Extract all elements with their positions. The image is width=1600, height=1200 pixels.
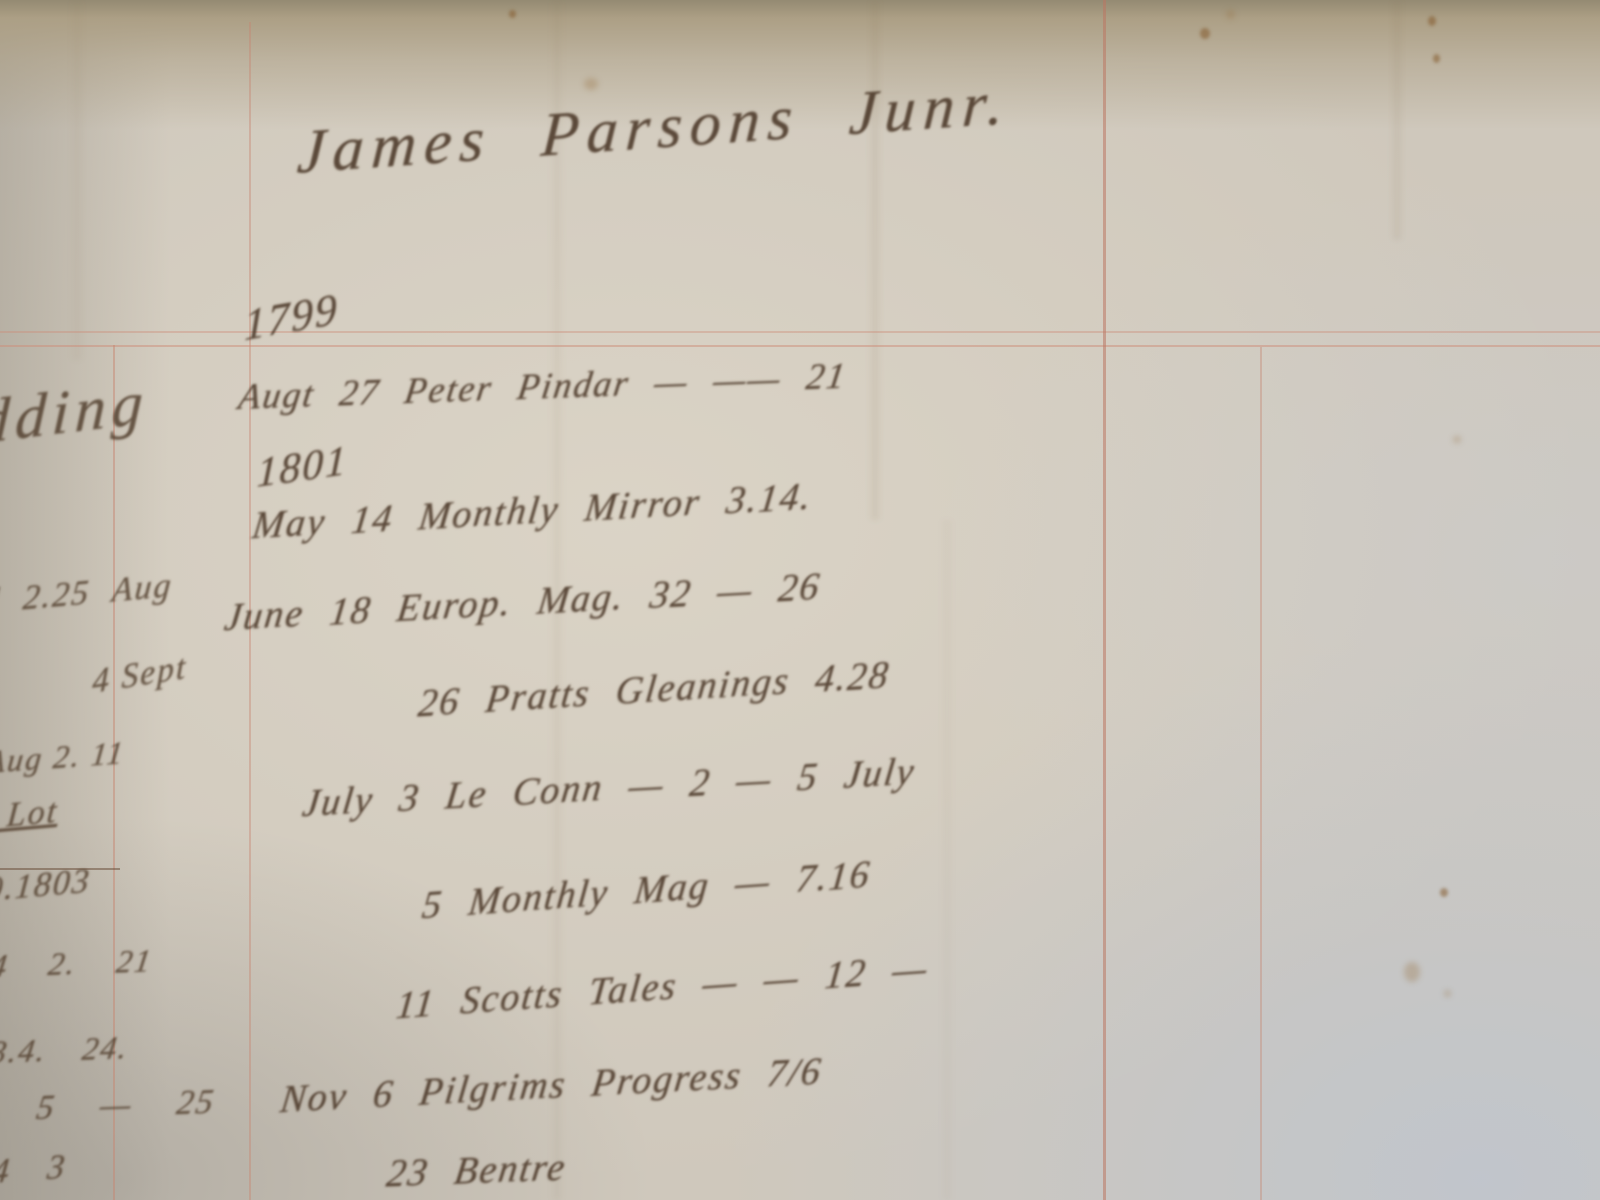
- foxing-spot: [1404, 962, 1420, 982]
- ledger-entry: 23 Bentre: [384, 1145, 569, 1196]
- paper-crease: [940, 520, 954, 1200]
- horizontal-rule-bottom: [0, 345, 1600, 347]
- ledger-photo: James Parsons Junr. 1799 1801 Augt 27 Pe…: [0, 0, 1600, 1200]
- ledger-entry: 26 Pratts Gleanings 4.28: [416, 653, 892, 726]
- left-page-fragment: 4 3: [0, 1148, 68, 1192]
- right-column-rule: [1260, 347, 1262, 1200]
- foxing-spot: [1428, 16, 1436, 26]
- left-margin-rule: [113, 345, 115, 1200]
- foxing-spot: [1200, 28, 1210, 39]
- ledger-entry: June 18 Europ. Mag. 32 — 26: [222, 564, 823, 640]
- left-page-fragment: 4 2. 21: [0, 942, 155, 985]
- horizontal-rule-top: [0, 331, 1600, 333]
- left-page-fragment: Redding: [0, 367, 151, 469]
- foxing-spot: [1444, 990, 1451, 997]
- left-page-fragment: d Lot: [0, 793, 60, 838]
- foxing-spot: [509, 10, 516, 18]
- left-page-fragment: 3.4. 24.: [0, 1029, 131, 1071]
- foxing-spot: [1226, 10, 1235, 19]
- ledger-entry: July 3 Le Conn — 2 — 5 July: [300, 750, 918, 826]
- foxing-spot: [584, 78, 598, 90]
- ledger-entry: 5 Monthly Mag — 7.16: [420, 852, 873, 928]
- foxing-spot: [1433, 54, 1440, 63]
- amount-column-rule: [1103, 0, 1106, 1200]
- foxing-spot: [1453, 436, 1461, 443]
- left-page-fragment: Aug 2. 11: [0, 734, 127, 781]
- year-label-1799: 1799: [244, 283, 339, 351]
- year-label-1801: 1801: [256, 436, 349, 498]
- paper-crease: [70, 0, 84, 360]
- left-page-fragment: d 2.25 Aug: [0, 567, 174, 622]
- ledger-entry: 11 Scotts Tales — — 12 —: [394, 946, 931, 1028]
- ledger-entry: Augt 27 Peter Pindar — —— 21: [236, 355, 850, 418]
- left-page-fragment: 9.1803: [0, 862, 92, 910]
- foxing-spot: [1440, 888, 1448, 897]
- left-page-fragment: 4 Sept: [92, 648, 188, 702]
- account-title: James Parsons Junr.: [295, 68, 1014, 189]
- paper-crease: [1390, 0, 1404, 240]
- left-page-fragment: 5 — 25: [34, 1084, 217, 1128]
